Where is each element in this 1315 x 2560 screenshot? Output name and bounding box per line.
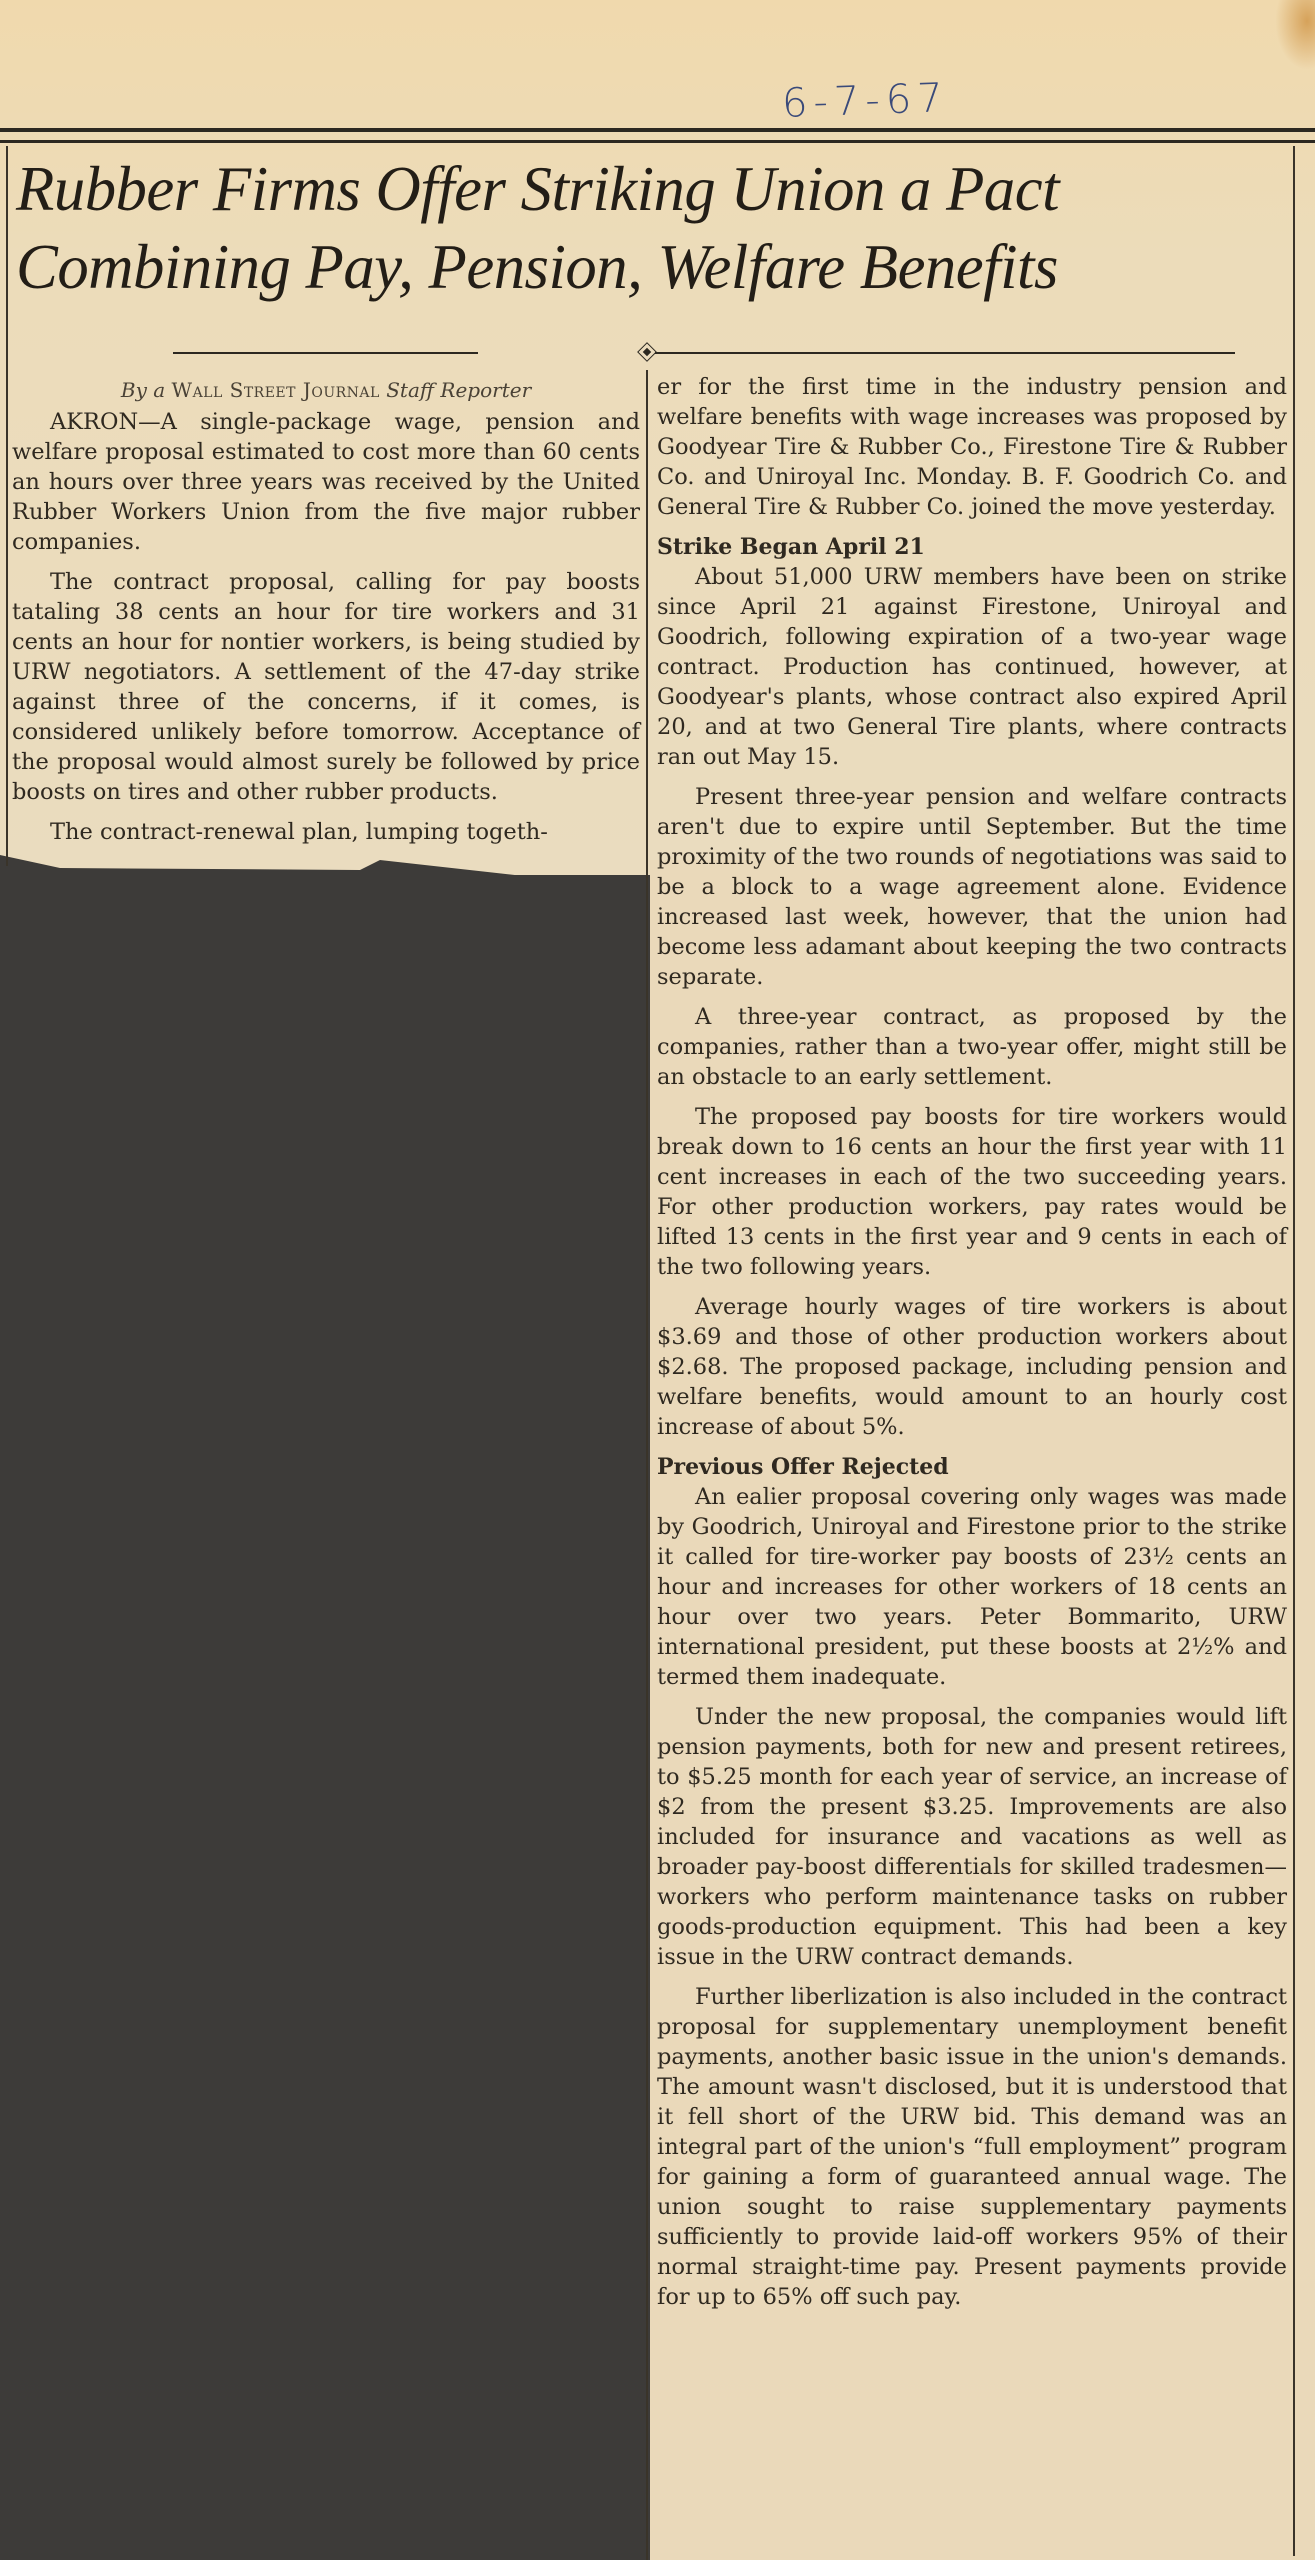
paragraph: Further liberlization is also included i… <box>657 1982 1287 2312</box>
byline: By a Wall Street Journal Staff Reporter <box>12 375 640 405</box>
headline-line-2: Combining Pay, Pension, Welfare Benefits <box>16 228 1266 306</box>
top-rule <box>0 128 1315 132</box>
section-subhead: Strike Began April 21 <box>657 532 1287 562</box>
headline: Rubber Firms Offer Striking Union a Pact… <box>16 150 1266 306</box>
byline-suffix: Staff Reporter <box>386 378 531 402</box>
column-divider <box>646 370 648 2560</box>
section-subhead: Previous Offer Rejected <box>657 1452 1287 1482</box>
byline-publication: Wall Street Journal <box>172 378 380 402</box>
paragraph: Under the new proposal, the companies wo… <box>657 1702 1287 1972</box>
top-rule-secondary <box>0 140 1315 143</box>
paragraph: Average hourly wages of tire workers is … <box>657 1292 1287 1442</box>
paragraph: A three-year contract, as proposed by th… <box>657 1002 1287 1092</box>
paper-stain <box>1275 0 1315 70</box>
byline-prefix: By a <box>121 378 165 402</box>
paragraph: The proposed pay boosts for tire workers… <box>657 1102 1287 1282</box>
paragraph: Present three-year pension and welfare c… <box>657 782 1287 992</box>
handwritten-date: 6-7-67 <box>781 75 949 127</box>
right-border-rule <box>1293 146 1295 2556</box>
headline-separator-right <box>655 352 1235 354</box>
article-column-left: By a Wall Street Journal Staff Reporter … <box>12 375 640 847</box>
headline-line-1: Rubber Firms Offer Striking Union a Pact <box>16 150 1266 228</box>
headline-separator-left <box>173 352 478 354</box>
article-column-right: er for the first time in the industry pe… <box>657 372 1287 2322</box>
paragraph: er for the first time in the industry pe… <box>657 372 1287 522</box>
left-border-rule <box>6 146 8 866</box>
paragraph: An ealier proposal covering only wages w… <box>657 1482 1287 1692</box>
paragraph: The contract proposal, calling for pay b… <box>12 567 640 807</box>
paragraph: The contract-renewal plan, lumping toget… <box>12 817 640 847</box>
paragraph: About 51,000 URW members have been on st… <box>657 562 1287 772</box>
paragraph: AKRON—A single-package wage, pension and… <box>12 407 640 557</box>
